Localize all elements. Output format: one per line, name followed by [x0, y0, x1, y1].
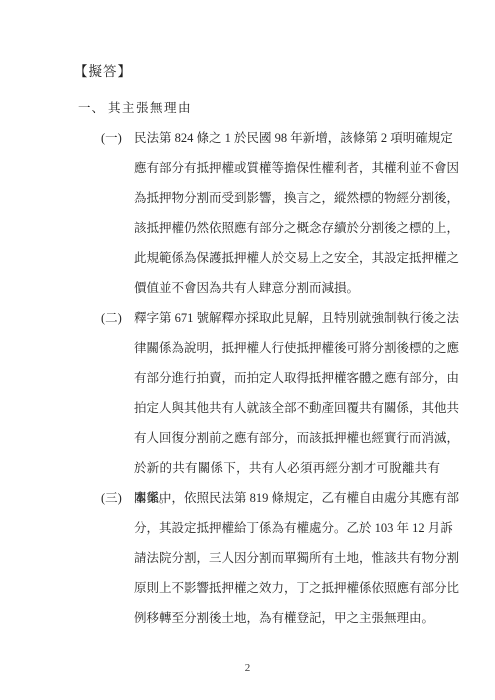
- text-line: 於新的共有關係下，共有人必須再經分割才可脫離共有關係。: [134, 453, 440, 483]
- text-line: 原則上不影響抵押權之效力，丁之抵押權係依照應有部分比: [134, 573, 440, 603]
- paragraph-1: (一) 民法第 824 條之 1 於民國 98 年新增，該條第 2 項明確規定 …: [0, 123, 495, 303]
- paragraph-3-body: 本案中，依照民法第 819 條規定，乙有權自由處分其應有部 分，其設定抵押權給丁…: [134, 483, 440, 633]
- paragraph-2: (二) 釋字第 671 號解釋亦採取此見解，且特別就強制執行後之法 律關係為說明…: [0, 303, 495, 483]
- outline-item-1: 一、其主張無理由: [78, 93, 192, 123]
- page-title: 【擬答】: [74, 57, 132, 87]
- text-line: 民法第 824 條之 1 於民國 98 年新增，該條第 2 項明確規定: [134, 123, 440, 153]
- text-line: 本案中，依照民法第 819 條規定，乙有權自由處分其應有部: [134, 483, 440, 513]
- text-line: 釋字第 671 號解釋亦採取此見解，且特別就強制執行後之法: [134, 303, 440, 333]
- text-line: 價值並不會因為共有人肆意分割而減損。: [134, 273, 440, 303]
- text-line: 為抵押物分割而受到影響，換言之，縱然標的物經分割後，: [134, 183, 440, 213]
- outline-item-1-title: 其主張無理由: [108, 101, 192, 115]
- text-line: 此規範係為保護抵押權人於交易上之安全，其設定抵押權之: [134, 243, 440, 273]
- paragraph-1-marker: (一): [101, 123, 122, 153]
- paragraph-1-body: 民法第 824 條之 1 於民國 98 年新增，該條第 2 項明確規定 應有部分…: [134, 123, 440, 303]
- text-line: 該抵押權仍然依照應有部分之概念存續於分割後之標的上，: [134, 213, 440, 243]
- paragraph-3-marker: (三): [101, 483, 122, 513]
- text-line: 有人回復分割前之應有部分，而該抵押權也經實行而消滅，: [134, 423, 440, 453]
- document-page: 【擬答】 一、其主張無理由 (一) 民法第 824 條之 1 於民國 98 年新…: [0, 0, 495, 700]
- text-line: 應有部分有抵押權或質權等擔保性權利者，其權利並不會因: [134, 153, 440, 183]
- text-line: 請法院分割，三人因分割而單獨所有土地，惟該共有物分割: [134, 543, 440, 573]
- outline-item-1-marker: 一、: [78, 93, 108, 123]
- text-line: 例移轉至分割後土地，為有權登記，甲之主張無理由。: [134, 603, 440, 633]
- text-line: 律關係為說明，抵押權人行使抵押權後可將分割後標的之應: [134, 333, 440, 363]
- paragraph-3: (三) 本案中，依照民法第 819 條規定，乙有權自由處分其應有部 分，其設定抵…: [0, 483, 495, 633]
- text-line: 有部分進行拍賣，而拍定人取得抵押權客體之應有部分，由: [134, 363, 440, 393]
- page-number: 2: [0, 656, 495, 680]
- text-line: 拍定人與其他共有人就該全部不動產回覆共有關係，其他共: [134, 393, 440, 423]
- text-line: 分，其設定抵押權給丁係為有權處分。乙於 103 年 12 月訴: [134, 513, 440, 543]
- paragraph-2-body: 釋字第 671 號解釋亦採取此見解，且特別就強制執行後之法 律關係為說明，抵押權…: [134, 303, 440, 483]
- paragraph-2-marker: (二): [101, 303, 122, 333]
